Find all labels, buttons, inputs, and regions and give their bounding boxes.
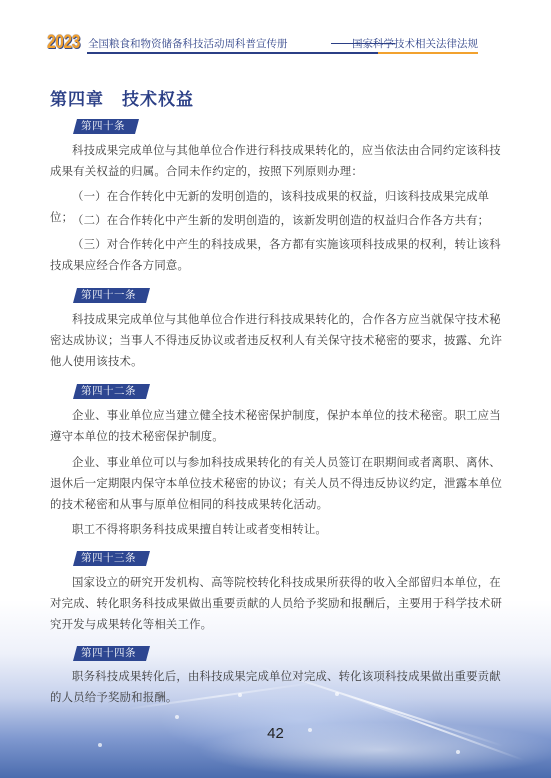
- year-logo: 2023: [47, 32, 80, 54]
- sparkle-dot: [98, 743, 102, 747]
- chapter-title: 第四章 技术权益: [50, 85, 194, 110]
- article-paragraph: 职务科技成果转化后，由科技成果完成单位对完成、转化该项科技成果做出重要贡献的人员…: [50, 666, 505, 708]
- article-paragraph: 企业、事业单位应当建立健全技术秘密保护制度，保护本单位的技术秘密。职工应当遵守本…: [50, 405, 505, 447]
- article-label: 第四十三条: [73, 551, 150, 566]
- page-number: 42: [0, 725, 551, 742]
- article-label: 第四十四条: [73, 646, 150, 661]
- article-label: 第四十二条: [73, 384, 150, 399]
- header-rule-blue: [87, 52, 378, 54]
- article-label: 第四十条: [73, 119, 139, 134]
- header-rule-orange: [378, 52, 478, 54]
- sparkle-dot: [175, 715, 179, 719]
- article-paragraph: 企业、事业单位可以与参加科技成果转化的有关人员签订在职期间或者离职、离休、退休后…: [50, 452, 505, 515]
- sparkle-dot: [456, 750, 460, 754]
- page-header: 2023 全国粮食和物资储备科技活动周科普宣传册 国家科学技术相关法律法规: [47, 30, 478, 54]
- article-paragraph: （二）在合作转化中产生新的发明创造的，该新发明创造的权益归合作各方共有；: [50, 210, 505, 231]
- series-title: 全国粮食和物资储备科技活动周科普宣传册: [88, 36, 288, 51]
- article-paragraph: 科技成果完成单位与其他单位合作进行科技成果转化的，应当依法由合同约定该科技成果有…: [50, 140, 505, 182]
- article-label: 第四十一条: [73, 288, 150, 303]
- article-paragraph: （三）对合作转化中产生的科技成果，各方都有实施该项科技成果的权利，转让该科技成果…: [50, 234, 505, 276]
- article-paragraph: 职工不得将职务科技成果擅自转让或者变相转让。: [50, 519, 505, 540]
- section-title: 国家科学技术相关法律法规: [352, 36, 478, 51]
- article-paragraph: 科技成果完成单位与其他单位合作进行科技成果转化的，合作各方应当就保守技术秘密达成…: [50, 309, 505, 372]
- article-paragraph: 国家设立的研究开发机构、高等院校转化科技成果所获得的收入全部留归本单位，在对完成…: [50, 572, 505, 635]
